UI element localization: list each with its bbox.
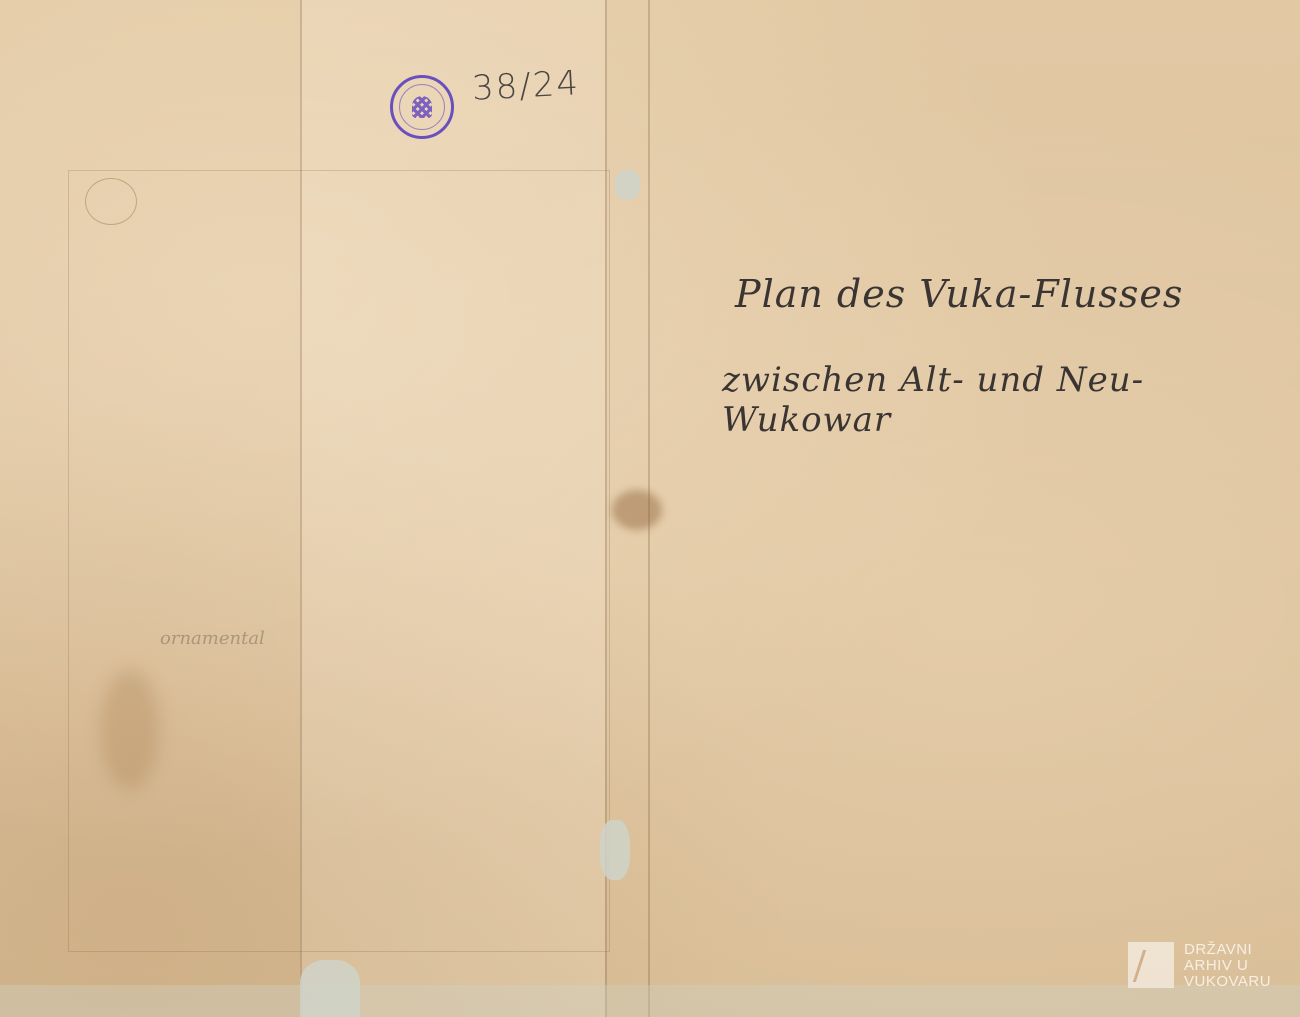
watermark-line-3: VUKOVARU <box>1184 974 1271 990</box>
shelfmark: 38/24 <box>471 63 581 109</box>
discoloration <box>100 670 160 790</box>
archive-stamp <box>390 75 454 139</box>
paper-tear <box>600 820 630 880</box>
ink-stain <box>612 490 662 530</box>
document-scan: 38/24 Plan des Vuka-Flusses zwischen Alt… <box>0 0 1300 1017</box>
title-line-1: Plan des Vuka-Flusses <box>735 272 1183 316</box>
archive-logo-icon <box>1128 942 1174 988</box>
paper-tear <box>615 170 640 200</box>
watermark-line-2: ARHIV U <box>1184 958 1271 974</box>
pencil-annotation: ornamental <box>160 628 265 649</box>
title-line-2: zwischen Alt- und Neu-Wukowar <box>722 360 1300 440</box>
water-stain <box>85 178 137 225</box>
watermark-line-1: DRŽAVNI <box>1184 942 1271 958</box>
bell-crest-icon <box>412 96 432 118</box>
pencil-frame <box>68 170 610 952</box>
archive-watermark: DRŽAVNI ARHIV U VUKOVARU <box>1128 942 1271 990</box>
bottom-edge <box>0 985 1300 1017</box>
